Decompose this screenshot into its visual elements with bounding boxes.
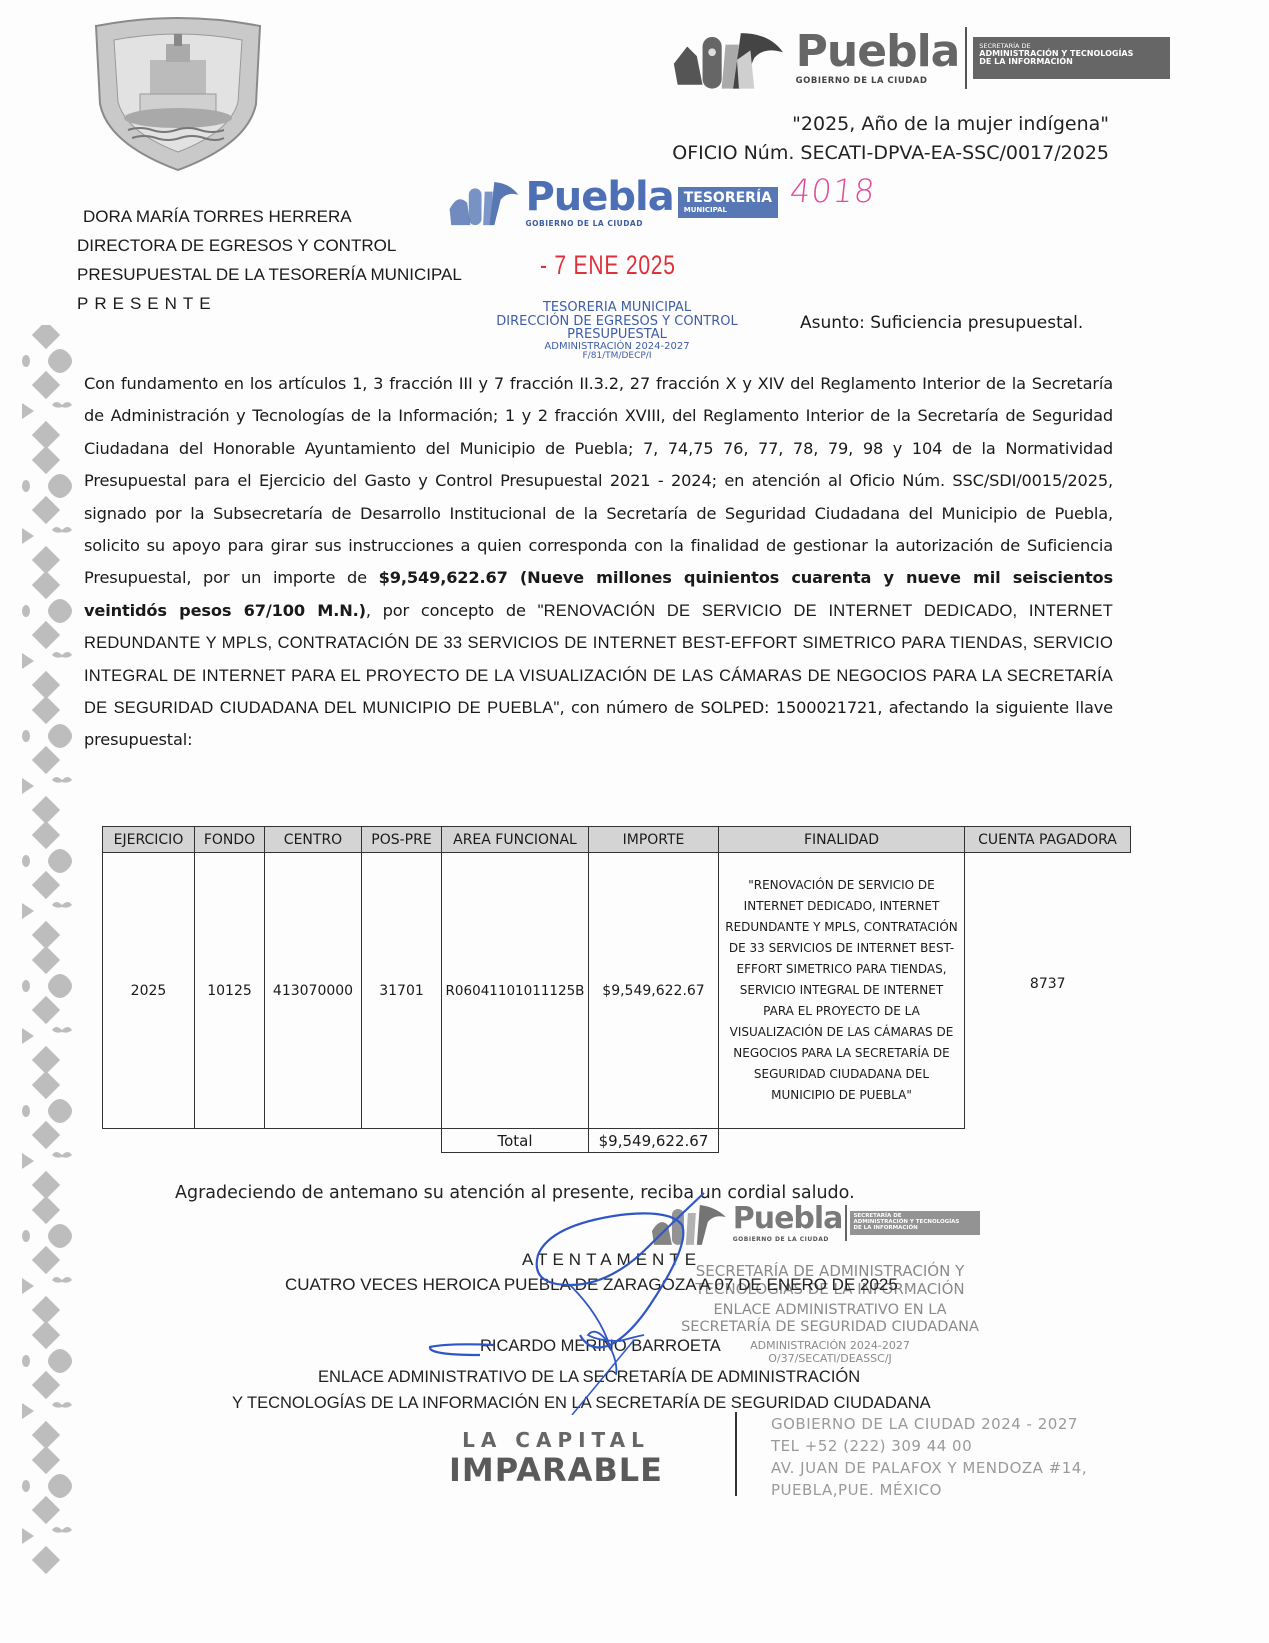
cell-area-funcional: R06041101011125B (442, 853, 589, 1129)
addressee-title-line-2: PRESUPUESTAL DE LA TESORERÍA MUNICIPAL (77, 260, 462, 289)
col-header-centro: CENTRO (265, 827, 362, 853)
footer-phone: TEL +52 (222) 309 44 00 (771, 1435, 1087, 1457)
cell-fondo: 10125 (195, 853, 265, 1129)
cell-importe: $9,549,622.67 (589, 853, 719, 1129)
body-text-connector: , por concepto de (366, 601, 538, 620)
city-coat-of-arms-icon (88, 14, 268, 174)
budget-key-table: EJERCICIO FONDO CENTRO POS-PRE AREA FUNC… (102, 826, 1131, 1153)
puebla-wordmark: Puebla (733, 1204, 843, 1234)
secat-department-box: SECRETARÍA DE ADMINISTRACIÓN Y TECNOLOGÍ… (850, 1211, 980, 1235)
secat-stamp-wordmark-block: Puebla GOBIERNO DE LA CIUDAD (733, 1204, 843, 1243)
addressee-title-line-1: DIRECTORA DE EGRESOS Y CONTROL (77, 231, 462, 260)
addressee-name: DORA MARÍA TORRES HERRERA (77, 202, 462, 231)
puebla-wordmark-block: Puebla GOBIERNO DE LA CIUDAD (796, 30, 960, 86)
table-row: 2025 10125 413070000 31701 R060411010111… (103, 853, 1131, 1129)
year-slogan: "2025, Año de la mujer indígena" (792, 113, 1109, 135)
cell-cuenta-pagadora: 8737 (965, 853, 1131, 1129)
tesoreria-wordmark-block: Puebla GOBIERNO DE LA CIUDAD (525, 177, 673, 228)
table-header-row: EJERCICIO FONDO CENTRO POS-PRE AREA FUNC… (103, 827, 1131, 853)
footer-contact-block: GOBIERNO DE LA CIUDAD 2024 - 2027 TEL +5… (771, 1413, 1087, 1501)
cell-pos-pre: 31701 (362, 853, 442, 1129)
reception-stamp-line: DIRECCIÓN DE EGRESOS Y CONTROL (472, 315, 762, 329)
secat-department-box: SECRETARÍA DE ADMINISTRACIÓN Y TECNOLOGÍ… (973, 37, 1170, 79)
col-header-area-funcional: AREA FUNCIONAL (442, 827, 589, 853)
decorative-border-pattern (22, 325, 82, 1575)
empty-cell (719, 1129, 1131, 1153)
cell-finalidad: "RENOVACIÓN DE SERVICIO DE INTERNET DEDI… (719, 853, 965, 1129)
table-total-row: Total $9,549,622.67 (103, 1129, 1131, 1153)
logo-divider (965, 27, 967, 89)
body-paragraph: Con fundamento en los artículos 1, 3 fra… (84, 368, 1113, 757)
addressee-block: DORA MARÍA TORRES HERRERA DIRECTORA DE E… (77, 202, 462, 318)
total-label: Total (442, 1129, 589, 1153)
col-header-fondo: FONDO (195, 827, 265, 853)
municipal-label: MUNICIPAL (684, 207, 772, 214)
slogan-line-1: LA CAPITAL (406, 1428, 706, 1452)
reception-stamp-line: F/81/TM/DECP/I (472, 352, 762, 361)
total-value: $9,549,622.67 (589, 1129, 719, 1153)
reception-stamp-line: PRESUPUESTAL (472, 328, 762, 342)
oficio-number: OFICIO Núm. SECATI-DPVA-EA-SSC/0017/2025 (672, 142, 1109, 164)
puebla-wordmark: Puebla (796, 30, 960, 74)
footer-address-line-2: PUEBLA,PUE. MÉXICO (771, 1479, 1087, 1501)
slogan-line-2: IMPARABLE (406, 1454, 706, 1486)
footer-address-line-1: AV. JUAN DE PALAFOX Y MENDOZA #14, (771, 1457, 1087, 1479)
empty-cell (103, 1129, 442, 1153)
footer-government-period: GOBIERNO DE LA CIUDAD 2024 - 2027 (771, 1413, 1087, 1435)
logo-divider (845, 1205, 847, 1241)
col-header-importe: IMPORTE (589, 827, 719, 853)
body-text-intro: Con fundamento en los artículos 1, 3 fra… (84, 374, 1113, 587)
tesoreria-reception-logo-stamp: Puebla GOBIERNO DE LA CIUDAD TESORERÍA M… (448, 168, 778, 236)
col-header-pos-pre: POS-PRE (362, 827, 442, 853)
presente-label: PRESENTE (77, 289, 462, 318)
puebla-wordmark: Puebla (525, 177, 673, 217)
tesoreria-label: TESORERÍA (684, 190, 772, 206)
puebla-city-emblem-icon (670, 24, 790, 92)
col-header-cuenta-pagadora: CUENTA PAGADORA (965, 827, 1131, 853)
subject-line: Asunto: Suficiencia presupuestal. (800, 313, 1083, 333)
cell-ejercicio: 2025 (103, 853, 195, 1129)
la-capital-imparable-logo: LA CAPITAL IMPARABLE (406, 1428, 706, 1486)
handwritten-signature-icon (420, 1185, 740, 1415)
col-header-finalidad: FINALIDAD (719, 827, 965, 853)
puebla-secati-logo: Puebla GOBIERNO DE LA CIUDAD SECRETARÍA … (670, 22, 1170, 94)
footer-divider (735, 1412, 737, 1496)
tesoreria-box: TESORERÍA MUNICIPAL (678, 187, 778, 218)
gobierno-ciudad-label: GOBIERNO DE LA CIUDAD (525, 219, 673, 228)
col-header-ejercicio: EJERCICIO (103, 827, 195, 853)
dept-line-3: DE LA INFORMACIÓN (853, 1226, 977, 1232)
received-date-stamp: - 7 ENE 2025 (540, 250, 676, 281)
handwritten-folio-number: 4018 (788, 172, 877, 210)
reception-stamp-line: TESORERIA MUNICIPAL (472, 301, 762, 315)
cell-centro: 413070000 (265, 853, 362, 1129)
gobierno-ciudad-label: GOBIERNO DE LA CIUDAD (796, 76, 960, 86)
reception-stamp: TESORERIA MUNICIPAL DIRECCIÓN DE EGRESOS… (472, 301, 762, 362)
dept-line-3: DE LA INFORMACIÓN (979, 58, 1164, 66)
gobierno-ciudad-label: GOBIERNO DE LA CIUDAD (733, 1236, 843, 1243)
